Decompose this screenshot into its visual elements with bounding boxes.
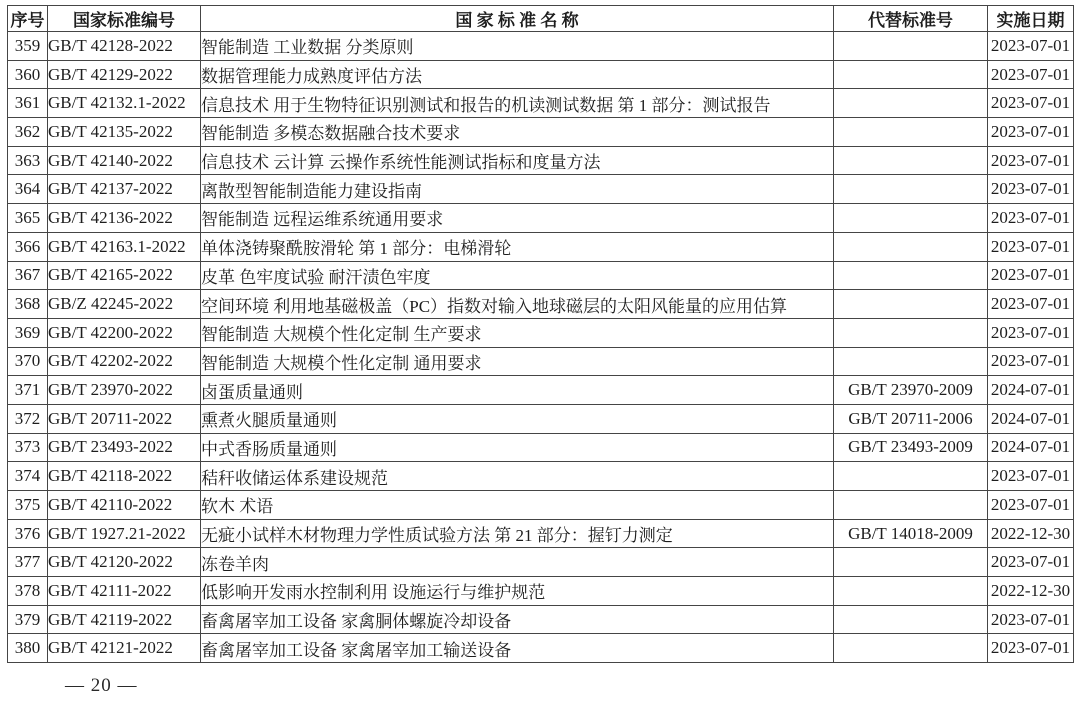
col-header-code: 国家标准编号 [48, 6, 201, 32]
table-row: 368 GB/Z 42245-2022 空间环境 利用地基磁极盖（PC）指数对输… [8, 290, 1074, 319]
cell-no: 372 [8, 404, 48, 433]
cell-no: 370 [8, 347, 48, 376]
cell-name: 卤蛋质量通则 [201, 376, 834, 405]
table-row: 371 GB/T 23970-2022 卤蛋质量通则 GB/T 23970-20… [8, 376, 1074, 405]
cell-no: 363 [8, 146, 48, 175]
cell-date: 2023-07-01 [988, 60, 1074, 89]
table-row: 373 GB/T 23493-2022 中式香肠质量通则 GB/T 23493-… [8, 433, 1074, 462]
col-header-date: 实施日期 [988, 6, 1074, 32]
cell-code: GB/T 42137-2022 [48, 175, 201, 204]
cell-date: 2023-07-01 [988, 491, 1074, 520]
cell-code: GB/T 42163.1-2022 [48, 232, 201, 261]
cell-date: 2023-07-01 [988, 605, 1074, 634]
cell-date: 2024-07-01 [988, 404, 1074, 433]
cell-name: 冻卷羊肉 [201, 548, 834, 577]
cell-replaced [834, 118, 988, 147]
cell-no: 380 [8, 634, 48, 663]
cell-code: GB/T 42119-2022 [48, 605, 201, 634]
table-row: 361 GB/T 42132.1-2022 信息技术 用于生物特征识别测试和报告… [8, 89, 1074, 118]
cell-name: 数据管理能力成熟度评估方法 [201, 60, 834, 89]
table-row: 360 GB/T 42129-2022 数据管理能力成熟度评估方法 2023-0… [8, 60, 1074, 89]
cell-no: 378 [8, 577, 48, 606]
cell-name: 畜禽屠宰加工设备 家禽胴体螺旋冷却设备 [201, 605, 834, 634]
cell-date: 2023-07-01 [988, 347, 1074, 376]
cell-name: 软木 术语 [201, 491, 834, 520]
cell-no: 371 [8, 376, 48, 405]
cell-no: 373 [8, 433, 48, 462]
cell-no: 375 [8, 491, 48, 520]
cell-no: 374 [8, 462, 48, 491]
cell-name: 畜禽屠宰加工设备 家禽屠宰加工输送设备 [201, 634, 834, 663]
cell-code: GB/T 42132.1-2022 [48, 89, 201, 118]
cell-replaced [834, 146, 988, 175]
cell-date: 2023-07-01 [988, 290, 1074, 319]
cell-no: 377 [8, 548, 48, 577]
cell-no: 362 [8, 118, 48, 147]
cell-name: 智能制造 多模态数据融合技术要求 [201, 118, 834, 147]
cell-name: 秸秆收储运体系建设规范 [201, 462, 834, 491]
table-row: 364 GB/T 42137-2022 离散型智能制造能力建设指南 2023-0… [8, 175, 1074, 204]
table-row: 376 GB/T 1927.21-2022 无疵小试样木材物理力学性质试验方法 … [8, 519, 1074, 548]
cell-no: 359 [8, 32, 48, 61]
table-row: 380 GB/T 42121-2022 畜禽屠宰加工设备 家禽屠宰加工输送设备 … [8, 634, 1074, 663]
cell-no: 369 [8, 318, 48, 347]
table-row: 378 GB/T 42111-2022 低影响开发雨水控制利用 设施运行与维护规… [8, 577, 1074, 606]
cell-code: GB/T 23970-2022 [48, 376, 201, 405]
cell-name: 中式香肠质量通则 [201, 433, 834, 462]
cell-code: GB/T 23493-2022 [48, 433, 201, 462]
cell-date: 2023-07-01 [988, 634, 1074, 663]
cell-replaced [834, 491, 988, 520]
cell-date: 2023-07-01 [988, 232, 1074, 261]
cell-no: 360 [8, 60, 48, 89]
cell-name: 无疵小试样木材物理力学性质试验方法 第 21 部分：握钉力测定 [201, 519, 834, 548]
cell-name: 离散型智能制造能力建设指南 [201, 175, 834, 204]
cell-replaced [834, 605, 988, 634]
cell-replaced: GB/T 20711-2006 [834, 404, 988, 433]
cell-date: 2024-07-01 [988, 376, 1074, 405]
cell-code: GB/T 42121-2022 [48, 634, 201, 663]
cell-date: 2023-07-01 [988, 89, 1074, 118]
cell-no: 367 [8, 261, 48, 290]
cell-date: 2024-07-01 [988, 433, 1074, 462]
cell-name: 智能制造 远程运维系统通用要求 [201, 204, 834, 233]
col-header-no: 序号 [8, 6, 48, 32]
table-row: 362 GB/T 42135-2022 智能制造 多模态数据融合技术要求 202… [8, 118, 1074, 147]
cell-replaced [834, 347, 988, 376]
cell-name: 智能制造 大规模个性化定制 生产要求 [201, 318, 834, 347]
table-row: 377 GB/T 42120-2022 冻卷羊肉 2023-07-01 [8, 548, 1074, 577]
cell-replaced [834, 204, 988, 233]
page-number: — 20 — [65, 675, 1073, 697]
cell-no: 364 [8, 175, 48, 204]
cell-no: 365 [8, 204, 48, 233]
document-page: 序号 国家标准编号 国 家 标 准 名 称 代替标准号 实施日期 359 GB/… [0, 0, 1080, 697]
table-row: 366 GB/T 42163.1-2022 单体浇铸聚酰胺滑轮 第 1 部分：电… [8, 232, 1074, 261]
table-row: 379 GB/T 42119-2022 畜禽屠宰加工设备 家禽胴体螺旋冷却设备 … [8, 605, 1074, 634]
cell-date: 2023-07-01 [988, 146, 1074, 175]
cell-replaced [834, 89, 988, 118]
cell-date: 2023-07-01 [988, 548, 1074, 577]
cell-date: 2023-07-01 [988, 32, 1074, 61]
cell-replaced: GB/T 23970-2009 [834, 376, 988, 405]
cell-date: 2023-07-01 [988, 462, 1074, 491]
cell-name: 熏煮火腿质量通则 [201, 404, 834, 433]
cell-code: GB/T 42129-2022 [48, 60, 201, 89]
cell-code: GB/T 42118-2022 [48, 462, 201, 491]
cell-date: 2023-07-01 [988, 118, 1074, 147]
cell-name: 单体浇铸聚酰胺滑轮 第 1 部分：电梯滑轮 [201, 232, 834, 261]
cell-date: 2023-07-01 [988, 204, 1074, 233]
cell-code: GB/T 42165-2022 [48, 261, 201, 290]
cell-code: GB/T 42136-2022 [48, 204, 201, 233]
cell-replaced [834, 634, 988, 663]
cell-code: GB/T 42120-2022 [48, 548, 201, 577]
table-row: 369 GB/T 42200-2022 智能制造 大规模个性化定制 生产要求 2… [8, 318, 1074, 347]
cell-code: GB/T 42200-2022 [48, 318, 201, 347]
cell-code: GB/T 42128-2022 [48, 32, 201, 61]
cell-replaced [834, 462, 988, 491]
cell-replaced [834, 548, 988, 577]
cell-name: 智能制造 工业数据 分类原则 [201, 32, 834, 61]
cell-date: 2023-07-01 [988, 175, 1074, 204]
cell-replaced: GB/T 23493-2009 [834, 433, 988, 462]
cell-replaced [834, 261, 988, 290]
table-row: 365 GB/T 42136-2022 智能制造 远程运维系统通用要求 2023… [8, 204, 1074, 233]
cell-code: GB/T 42135-2022 [48, 118, 201, 147]
col-header-name: 国 家 标 准 名 称 [201, 6, 834, 32]
cell-no: 361 [8, 89, 48, 118]
cell-name: 低影响开发雨水控制利用 设施运行与维护规范 [201, 577, 834, 606]
cell-replaced [834, 577, 988, 606]
cell-date: 2022-12-30 [988, 577, 1074, 606]
cell-date: 2023-07-01 [988, 261, 1074, 290]
cell-name: 信息技术 云计算 云操作系统性能测试指标和度量方法 [201, 146, 834, 175]
table-row: 374 GB/T 42118-2022 秸秆收储运体系建设规范 2023-07-… [8, 462, 1074, 491]
cell-code: GB/T 42202-2022 [48, 347, 201, 376]
table-row: 372 GB/T 20711-2022 熏煮火腿质量通则 GB/T 20711-… [8, 404, 1074, 433]
cell-replaced [834, 290, 988, 319]
cell-date: 2023-07-01 [988, 318, 1074, 347]
cell-name: 皮革 色牢度试验 耐汗渍色牢度 [201, 261, 834, 290]
standards-table: 序号 国家标准编号 国 家 标 准 名 称 代替标准号 实施日期 359 GB/… [7, 5, 1074, 663]
cell-no: 376 [8, 519, 48, 548]
table-header-row: 序号 国家标准编号 国 家 标 准 名 称 代替标准号 实施日期 [8, 6, 1074, 32]
cell-code: GB/T 42110-2022 [48, 491, 201, 520]
cell-replaced [834, 318, 988, 347]
cell-replaced [834, 175, 988, 204]
table-row: 375 GB/T 42110-2022 软木 术语 2023-07-01 [8, 491, 1074, 520]
cell-name: 信息技术 用于生物特征识别测试和报告的机读测试数据 第 1 部分：测试报告 [201, 89, 834, 118]
cell-code: GB/Z 42245-2022 [48, 290, 201, 319]
cell-name: 空间环境 利用地基磁极盖（PC）指数对输入地球磁层的太阳风能量的应用估算 [201, 290, 834, 319]
cell-code: GB/T 1927.21-2022 [48, 519, 201, 548]
cell-replaced [834, 232, 988, 261]
col-header-replaced: 代替标准号 [834, 6, 988, 32]
table-body: 359 GB/T 42128-2022 智能制造 工业数据 分类原则 2023-… [8, 32, 1074, 663]
cell-replaced [834, 60, 988, 89]
cell-no: 368 [8, 290, 48, 319]
table-row: 359 GB/T 42128-2022 智能制造 工业数据 分类原则 2023-… [8, 32, 1074, 61]
cell-code: GB/T 20711-2022 [48, 404, 201, 433]
table-row: 367 GB/T 42165-2022 皮革 色牢度试验 耐汗渍色牢度 2023… [8, 261, 1074, 290]
cell-name: 智能制造 大规模个性化定制 通用要求 [201, 347, 834, 376]
cell-replaced [834, 32, 988, 61]
cell-no: 379 [8, 605, 48, 634]
cell-date: 2022-12-30 [988, 519, 1074, 548]
cell-code: GB/T 42111-2022 [48, 577, 201, 606]
table-row: 363 GB/T 42140-2022 信息技术 云计算 云操作系统性能测试指标… [8, 146, 1074, 175]
cell-code: GB/T 42140-2022 [48, 146, 201, 175]
table-row: 370 GB/T 42202-2022 智能制造 大规模个性化定制 通用要求 2… [8, 347, 1074, 376]
cell-no: 366 [8, 232, 48, 261]
cell-replaced: GB/T 14018-2009 [834, 519, 988, 548]
